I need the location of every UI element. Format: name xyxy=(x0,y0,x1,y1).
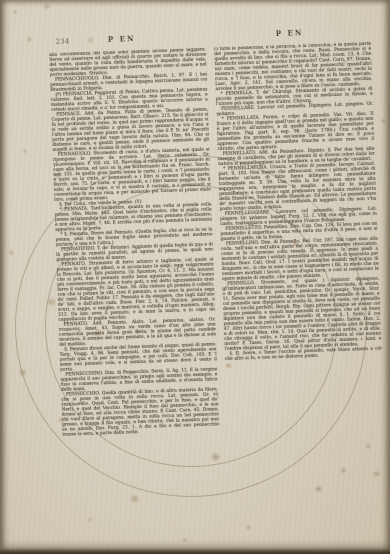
page-number: 234 xyxy=(56,37,70,45)
foxing-spot xyxy=(57,416,66,424)
column-right: ci tutte le pennecchie, e la peruccia, e… xyxy=(214,42,385,447)
running-head-left: P EN xyxy=(92,33,152,44)
foxing-spot xyxy=(46,297,57,307)
dictionary-paragraph: ci tutte le pennecchie, e la peruccia, e… xyxy=(214,42,372,92)
foxing-spot xyxy=(18,368,27,377)
dictionary-entry: PENNECCHIO. Quella quantità di lino, o d… xyxy=(61,387,219,437)
foxing-spot xyxy=(93,329,102,337)
foxing-spot xyxy=(53,172,62,180)
book-page: 234 P EN P EN alla circonferenza del qua… xyxy=(0,0,390,554)
foxing-spot xyxy=(342,59,348,65)
foxing-spot xyxy=(372,470,381,478)
dictionary-entry: PENNATO. Strumento di ferro adunco e tag… xyxy=(56,257,215,322)
running-head-right: P EN xyxy=(259,28,319,39)
foxing-spot xyxy=(134,328,141,335)
foxing-spot xyxy=(43,3,51,10)
foxing-spot xyxy=(182,537,188,543)
foxing-spot xyxy=(129,494,140,504)
foxing-spot xyxy=(26,36,33,43)
foxing-spot xyxy=(12,9,18,15)
foxing-spot xyxy=(340,467,347,474)
foxing-spot xyxy=(292,241,299,247)
dictionary-entry: PENNELLINO. Dim. di Pennello. Bel. Cur. … xyxy=(221,237,379,282)
foxing-spot xyxy=(380,118,386,124)
dictionary-entry: PENNAIUOLO. Strumento di cuoio, o d'altr… xyxy=(53,147,212,202)
foxing-spot xyxy=(87,517,93,523)
foxing-spot xyxy=(245,524,252,531)
foxing-spot xyxy=(304,344,310,350)
foxing-spot xyxy=(8,249,15,256)
page-content: 234 P EN P EN alla circonferenza del qua… xyxy=(0,0,390,554)
dictionary-entry: PENNELLO. Strumento, col quale i dipinto… xyxy=(222,277,381,352)
page-left-edge xyxy=(0,0,3,554)
foxing-spot xyxy=(86,36,95,44)
foxing-spot xyxy=(54,92,60,98)
dictionary-entry: * PENNELLATURA. Crusca, e Tratto di penn… xyxy=(218,162,376,212)
foxing-spot xyxy=(210,452,221,462)
page-bottom-edge xyxy=(0,548,390,554)
foxing-spot xyxy=(22,148,28,154)
foxing-spot xyxy=(128,370,135,377)
dictionary-entry: PENNACE. Add. da Penna. Fatto di penne, … xyxy=(51,107,209,152)
dictionary-entry: * PENNELLATA. Forma, o colpo di pennello… xyxy=(216,112,374,152)
foxing-spot xyxy=(314,485,323,493)
foxing-spot xyxy=(365,443,372,450)
column-left: alla circonferenza del quale sono pianta… xyxy=(49,47,220,452)
foxing-spot xyxy=(225,362,232,369)
